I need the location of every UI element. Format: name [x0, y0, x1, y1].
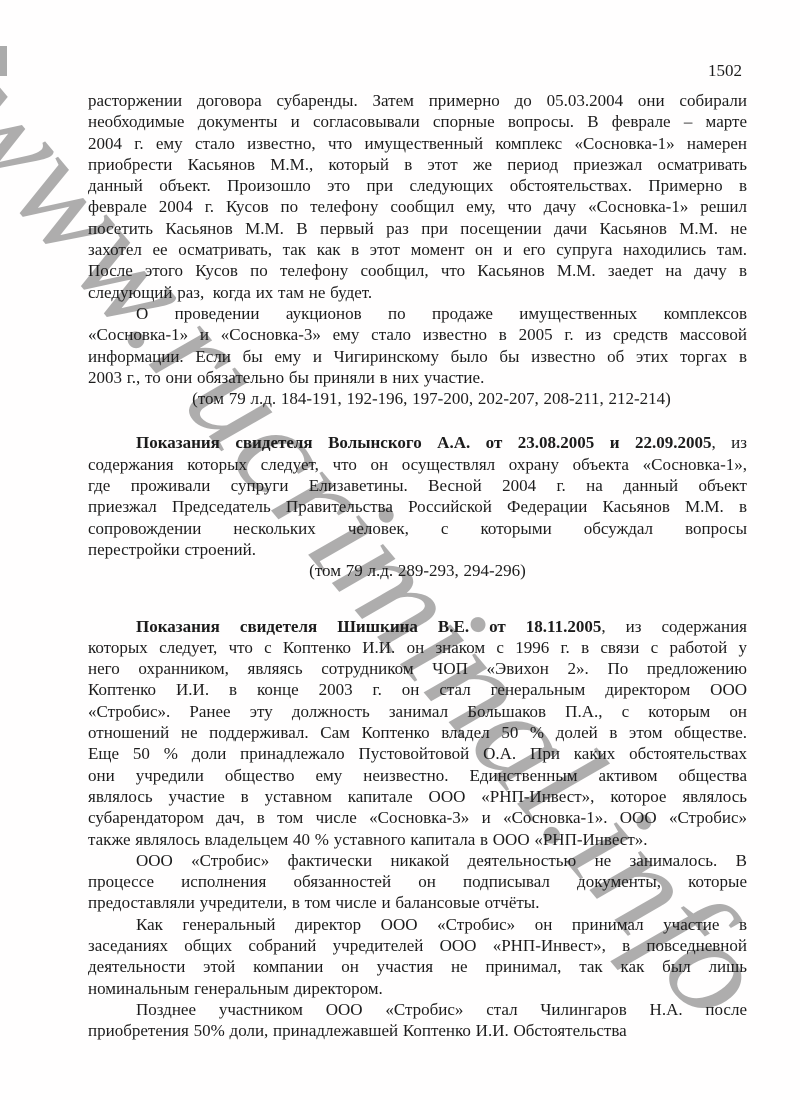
text-line: следующий раз, когда их там не будет. — [88, 282, 747, 303]
text-line: 2003 г., то они обязательно бы приняли в… — [88, 367, 747, 388]
document-body: расторжении договора субаренды. Затем пр… — [88, 90, 747, 1041]
text-line: него охранником, являясь сотрудником ЧОП… — [88, 658, 747, 679]
text-line: Показания свидетеля Шишкина В.Е. от 18.1… — [88, 616, 747, 637]
text-line: перестройки строений. — [88, 539, 747, 560]
text-line: ООО «Стробис» фактически никакой деятель… — [88, 850, 747, 871]
text-line: Показания свидетеля Волынского А.А. от 2… — [88, 432, 747, 453]
text-line: приобретения 50% доли, принадлежавшей Ко… — [88, 1020, 747, 1041]
text-line: информации. Если бы ему и Чигиринскому б… — [88, 346, 747, 367]
text-line: захотел ее осматривать, так как в этот м… — [88, 239, 747, 260]
text-line: Коптенко И.И. в конце 2003 г. он стал ге… — [88, 679, 747, 700]
paragraph: Показания свидетеля Шишкина В.Е. от 18.1… — [88, 616, 747, 850]
text-line: процессе исполнения обязанностей он подп… — [88, 871, 747, 892]
witness-testimony-heading: Показания свидетеля Шишкина В.Е. от 18.1… — [136, 617, 601, 636]
text-line: приезжал Председатель Правительства Росс… — [88, 496, 747, 517]
text-line: субарендатором дач, в том числе «Сосновк… — [88, 807, 747, 828]
text-line: «Сосновка-1» и «Сосновка-3» ему стало из… — [88, 324, 747, 345]
text-line: также являлось владельцем 40 % уставного… — [88, 829, 747, 850]
text-line: Как генеральный директор ООО «Стробис» о… — [88, 914, 747, 935]
text-line: где проживали супруги Елизаветины. Весно… — [88, 475, 747, 496]
text-line: необходимые документы и согласовывали сп… — [88, 111, 747, 132]
text-line: данный объект. Произошло это при следующ… — [88, 175, 747, 196]
text-line: (том 79 л.д. 289-293, 294-296) — [88, 560, 747, 581]
text-line: которых следует, что с Коптенко И.И. он … — [88, 637, 747, 658]
witness-testimony-heading: Показания свидетеля Волынского А.А. от 2… — [136, 433, 711, 452]
text-line: содержания которых следует, что он осуще… — [88, 454, 747, 475]
scan-edge-artifact — [0, 46, 7, 76]
text-line: заседаниях общих собраний учредителей ОО… — [88, 935, 747, 956]
paragraph: Показания свидетеля Волынского А.А. от 2… — [88, 432, 747, 560]
text-line: номинальным генеральным директором. — [88, 978, 747, 999]
document-page: www.rucriminal.info 1502 расторжении дог… — [0, 0, 800, 1100]
text-line: посетить Касьянов М.М. В первый раз при … — [88, 218, 747, 239]
text-line: расторжении договора субаренды. Затем пр… — [88, 90, 747, 111]
text-line: феврале 2004 г. Кусов по телефону сообщи… — [88, 196, 747, 217]
text-line: После этого Кусов по телефону сообщил, ч… — [88, 260, 747, 281]
text-line: сопровождении нескольких человек, с кото… — [88, 518, 747, 539]
page-number: 1502 — [698, 61, 742, 81]
text-line: Еще 50 % доли принадлежало Пустовойтовой… — [88, 743, 747, 764]
paragraph: ООО «Стробис» фактически никакой деятель… — [88, 850, 747, 914]
text-line: отношений не поддерживал. Сам Коптенко в… — [88, 722, 747, 743]
paragraph: расторжении договора субаренды. Затем пр… — [88, 90, 747, 303]
paragraph: Позднее участником ООО «Стробис» стал Чи… — [88, 999, 747, 1042]
text-line: 2004 г. ему стало известно, что имуществ… — [88, 133, 747, 154]
text-line: они учредили общество ему неизвестно. Ед… — [88, 765, 747, 786]
text-line: (том 79 л.д. 184-191, 192-196, 197-200, … — [88, 388, 747, 409]
text-line: «Стробис». Ранее эту должность занимал Б… — [88, 701, 747, 722]
text-line: приобрести Касьянов М.М., который в этот… — [88, 154, 747, 175]
text-line: деятельности этой компании он участия не… — [88, 956, 747, 977]
text-line: предоставляли учредители, в том числе и … — [88, 892, 747, 913]
paragraph: О проведении аукционов по продаже имущес… — [88, 303, 747, 388]
citation-line: (том 79 л.д. 289-293, 294-296) — [88, 560, 747, 581]
text-line: О проведении аукционов по продаже имущес… — [88, 303, 747, 324]
text-line: Позднее участником ООО «Стробис» стал Чи… — [88, 999, 747, 1020]
citation-line: (том 79 л.д. 184-191, 192-196, 197-200, … — [88, 388, 747, 409]
paragraph: Как генеральный директор ООО «Стробис» о… — [88, 914, 747, 999]
text-line: являлось участие в уставном капитале ООО… — [88, 786, 747, 807]
